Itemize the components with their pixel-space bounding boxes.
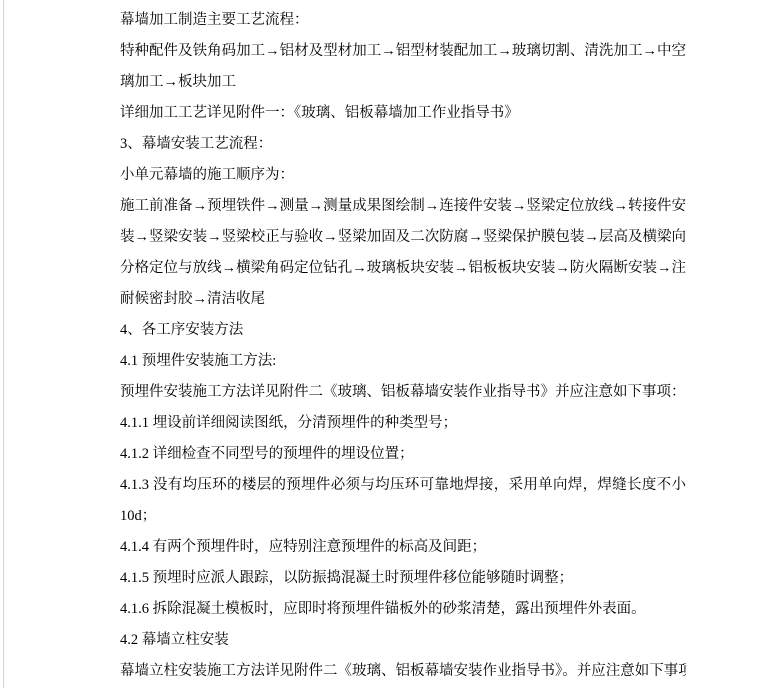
text-line: 4.1.1 埋设前详细阅读图纸，分清预埋件的种类型号； — [120, 408, 686, 439]
text-line: 小单元幕墙的施工顺序为： — [120, 160, 686, 191]
text-line: 4、各工序安装方法 — [120, 315, 686, 346]
text-line: 3、幕墙安装工艺流程： — [120, 129, 686, 160]
text-line: 幕墙立柱安装施工方法详见附件二《玻璃、铝板幕墙安装作业指导书》。并应注意如下事项… — [120, 656, 686, 687]
text-line: 装→竖梁安装→竖梁校正与验收→竖梁加固及二次防腐→竖梁保护膜包装→层高及横梁向 — [120, 222, 686, 253]
text-line: 幕墙加工制造主要工艺流程： — [120, 5, 686, 36]
text-line: 4.2 幕墙立柱安装 — [120, 625, 686, 656]
text-line: 4.1.2 详细检查不同型号的预埋件的埋设位置； — [120, 439, 686, 470]
text-line: 预埋件安装施工方法详见附件二《玻璃、铝板幕墙安装作业指导书》并应注意如下事项： — [120, 377, 686, 408]
text-line: 4.1 预埋件安装施工方法: — [120, 346, 686, 377]
text-line: 璃加工→板块加工 — [120, 67, 686, 98]
text-line: 分格定位与放线→横梁角码定位钻孔→玻璃板块安装→铝板板块安装→防火隔断安装→注 — [120, 253, 686, 284]
text-line: 4.1.6 拆除混凝土模板时，应即时将预埋件锚板外的砂浆清楚，露出预埋件外表面。 — [120, 594, 686, 625]
text-line: 10d； — [120, 501, 686, 532]
text-line: 详细加工工艺详见附件一：《玻璃、铝板幕墙加工作业指导书》 — [120, 98, 686, 129]
text-line: 耐候密封胶→清洁收尾 — [120, 284, 686, 315]
text-line: 4.1.4 有两个预埋件时，应特别注意预埋件的标高及间距； — [120, 532, 686, 563]
page-edge-line — [3, 0, 4, 688]
document-page: 幕墙加工制造主要工艺流程： 特种配件及铁角码加工→铝材及型材加工→铝型材装配加工… — [120, 5, 686, 687]
text-line: 4.1.3 没有均压环的楼层的预埋件必须与均压环可靠地焊接，采用单向焊，焊缝长度… — [120, 470, 686, 501]
text-line: 特种配件及铁角码加工→铝材及型材加工→铝型材装配加工→玻璃切割、清洗加工→中空玻 — [120, 36, 686, 67]
text-line: 4.1.5 预埋时应派人跟踪，以防振捣混凝土时预埋件移位能够随时调整； — [120, 563, 686, 594]
text-line: 施工前准备→预埋铁件→测量→测量成果图绘制→连接件安装→竖梁定位放线→转接件安 — [120, 191, 686, 222]
